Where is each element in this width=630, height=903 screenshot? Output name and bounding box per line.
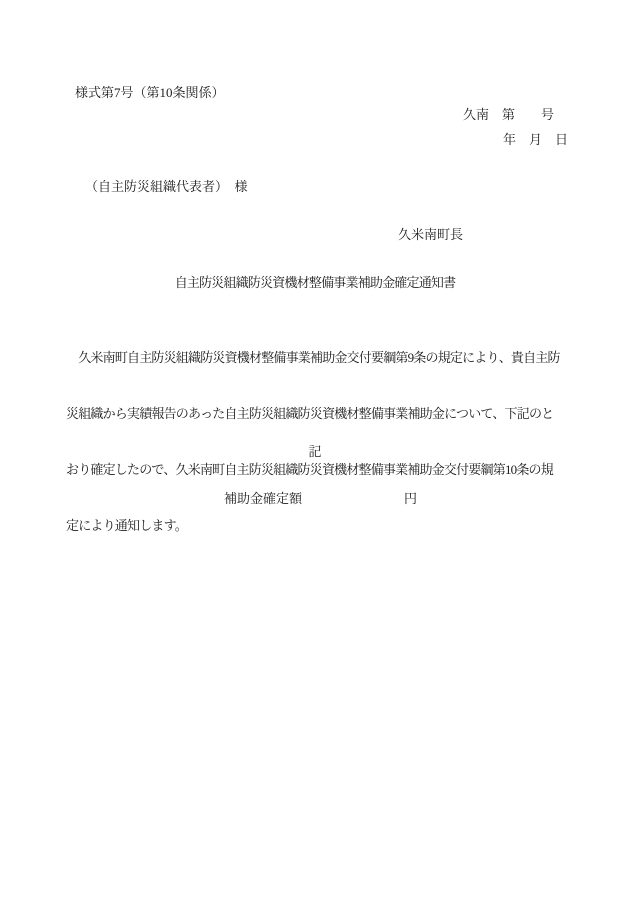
note-mark: 記 [0,441,630,460]
document-page: 様式第7号（第10条関係） 久南 第 号 年 月 日 （自主防災組織代表者） 様… [0,0,630,903]
date-line: 年 月 日 [503,129,568,148]
body-line-4: 定により通知します。 [66,514,578,538]
form-number: 様式第7号（第10条関係） [75,82,225,101]
amount-unit: 円 [404,488,417,507]
document-title: 自主防災組織防災資機材整備事業補助金確定通知書 [0,272,630,291]
document-reference-number: 久南 第 号 [463,104,554,123]
body-line-1: 久米南町自主防災組織防災資機材整備事業補助金交付要綱第9条の規定により、貴自主防 [66,346,578,370]
addressee-line: （自主防災組織代表者） 様 [85,176,248,195]
amount-label: 補助金確定額 [224,488,302,507]
body-line-3: おり確定したので、久米南町自主防災組織防災資機材整備事業補助金交付要綱第10条の… [66,458,578,482]
body-line-2: 災組織から実績報告のあった自主防災組織防災資機材整備事業補助金について、下記のと [66,402,578,426]
sender-line: 久米南町長 [398,224,463,243]
amount-value-blank [310,488,400,504]
